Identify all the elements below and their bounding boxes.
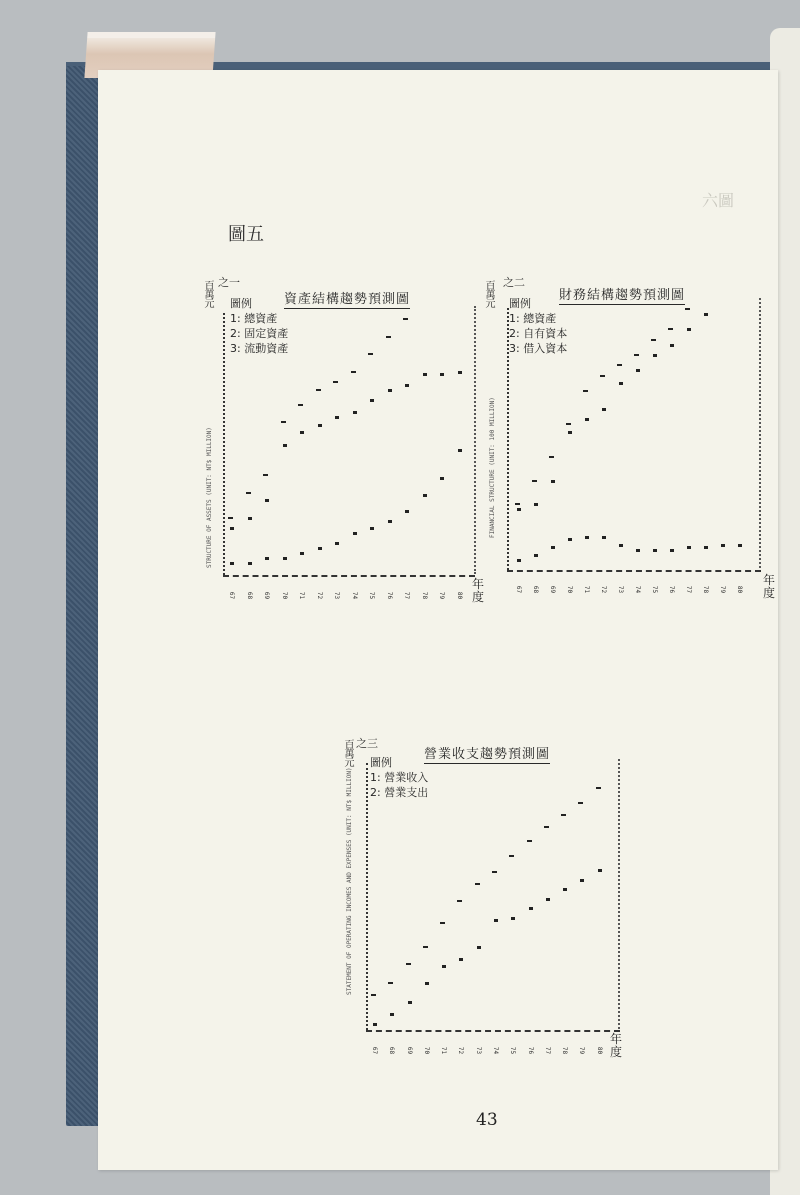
x-tick-label: 76 <box>386 592 393 599</box>
x-tick-label: 76 <box>668 586 675 593</box>
data-point <box>598 869 602 872</box>
x-tick-label: 72 <box>458 1047 465 1054</box>
data-point <box>619 544 623 547</box>
data-point <box>458 449 462 452</box>
x-tick-label: 78 <box>421 592 428 599</box>
data-point <box>617 364 622 366</box>
x-tick-label: 69 <box>406 1047 413 1054</box>
x-tick-label: 74 <box>634 586 641 593</box>
x-tick-label: 69 <box>263 592 270 599</box>
chart-financial-structure: 百萬元 之二 財務結構趨勢預測圖 圖例 1: 總資產 2: 自有資本 3: 借入… <box>481 268 781 608</box>
data-point <box>353 532 357 535</box>
data-point <box>636 549 640 552</box>
data-point <box>546 898 550 901</box>
data-point <box>388 520 392 523</box>
x-axis-unit: 年度 <box>610 1033 622 1059</box>
data-point <box>368 353 373 355</box>
data-point <box>318 547 322 550</box>
data-point <box>248 562 252 565</box>
data-point <box>563 888 567 891</box>
x-tick-label: 72 <box>316 592 323 599</box>
data-point <box>300 552 304 555</box>
x-tick-label: 74 <box>351 592 358 599</box>
x-tick-label: 67 <box>371 1047 378 1054</box>
data-point <box>600 375 605 377</box>
data-point <box>527 840 532 842</box>
data-point <box>551 546 555 549</box>
data-point <box>425 982 429 985</box>
x-tick-label: 80 <box>596 1047 603 1054</box>
data-point <box>442 965 446 968</box>
data-point <box>440 373 444 376</box>
x-tick-label: 67 <box>515 586 522 593</box>
x-tick-label: 68 <box>388 1047 395 1054</box>
x-tick-label: 73 <box>475 1047 482 1054</box>
data-point <box>353 411 357 414</box>
data-point <box>335 542 339 545</box>
figure-label: 圖五 <box>228 220 264 246</box>
x-tick-label: 74 <box>492 1047 499 1054</box>
data-point <box>283 444 287 447</box>
x-tick-label: 78 <box>561 1047 568 1054</box>
data-point <box>246 492 251 494</box>
data-point <box>517 508 521 511</box>
x-tick-label: 71 <box>440 1047 447 1054</box>
data-point <box>517 559 521 562</box>
data-point <box>578 802 583 804</box>
data-point <box>566 423 571 425</box>
data-point <box>670 549 674 552</box>
data-point <box>568 538 572 541</box>
x-tick-label: 70 <box>566 586 573 593</box>
data-point <box>634 354 639 356</box>
data-point <box>371 994 376 996</box>
x-tick-label: 71 <box>298 592 305 599</box>
chart-asset-structure: 百萬元 之一 資產結構趨勢預測圖 圖例 1: 總資產 2: 固定資產 3: 流動… <box>198 268 488 608</box>
data-point <box>596 787 601 789</box>
x-tick-label: 72 <box>600 586 607 593</box>
data-point <box>457 900 462 902</box>
data-point <box>561 814 566 816</box>
data-point <box>265 499 269 502</box>
data-point <box>580 879 584 882</box>
book-page: 六圖 圖五 百萬元 之一 資產結構趨勢預測圖 圖例 1: 總資產 2: 固定資產… <box>98 70 778 1170</box>
data-point <box>668 328 673 330</box>
x-tick-label: 70 <box>423 1047 430 1054</box>
x-tick-label: 79 <box>719 586 726 593</box>
data-point <box>333 381 338 383</box>
x-axis-unit: 年度 <box>763 574 775 600</box>
data-point <box>477 946 481 949</box>
data-point <box>263 474 268 476</box>
data-point <box>585 536 589 539</box>
data-point <box>568 431 572 434</box>
data-point <box>386 336 391 338</box>
x-tick-label: 75 <box>509 1047 516 1054</box>
data-point <box>405 384 409 387</box>
data-point <box>534 503 538 506</box>
data-point <box>403 318 408 320</box>
data-point <box>423 946 428 948</box>
data-point <box>687 546 691 549</box>
data-point <box>370 527 374 530</box>
x-tick-label: 80 <box>736 586 743 593</box>
data-point <box>636 369 640 372</box>
data-point <box>423 373 427 376</box>
data-point <box>532 480 537 482</box>
x-tick-label: 77 <box>685 586 692 593</box>
page-number: 43 <box>476 1110 498 1130</box>
data-point <box>281 421 286 423</box>
x-tick-label: 75 <box>368 592 375 599</box>
data-point <box>351 371 356 373</box>
data-point <box>653 549 657 552</box>
data-point <box>298 404 303 406</box>
data-point <box>551 480 555 483</box>
data-point <box>511 917 515 920</box>
data-point <box>619 382 623 385</box>
data-point <box>583 390 588 392</box>
data-point <box>494 919 498 922</box>
data-point <box>492 871 497 873</box>
data-point <box>685 308 690 310</box>
data-point <box>475 883 480 885</box>
data-point <box>248 517 252 520</box>
x-tick-label: 79 <box>438 592 445 599</box>
data-point <box>534 554 538 557</box>
data-point <box>721 544 725 547</box>
data-point <box>408 1001 412 1004</box>
data-point <box>388 982 393 984</box>
x-tick-label: 77 <box>403 592 410 599</box>
data-point <box>459 958 463 961</box>
data-point <box>388 389 392 392</box>
data-point <box>300 431 304 434</box>
data-point <box>265 557 269 560</box>
data-point <box>602 536 606 539</box>
data-point <box>228 517 233 519</box>
data-point <box>602 408 606 411</box>
data-point <box>544 826 549 828</box>
data-point <box>316 389 321 391</box>
data-point <box>549 456 554 458</box>
x-tick-label: 77 <box>544 1047 551 1054</box>
data-point <box>283 557 287 560</box>
bleed-through-text: 六圖 <box>702 188 734 211</box>
data-point <box>370 399 374 402</box>
data-point <box>529 907 533 910</box>
x-tick-label: 70 <box>281 592 288 599</box>
data-point <box>509 855 514 857</box>
data-point <box>405 510 409 513</box>
data-point <box>687 328 691 331</box>
x-tick-label: 75 <box>651 586 658 593</box>
x-tick-label: 73 <box>617 586 624 593</box>
x-tick-label: 79 <box>579 1047 586 1054</box>
data-point <box>230 562 234 565</box>
data-point <box>670 344 674 347</box>
data-point <box>440 477 444 480</box>
x-tick-label: 67 <box>228 592 235 599</box>
data-point <box>704 313 708 316</box>
data-point <box>335 416 339 419</box>
data-point <box>651 339 656 341</box>
data-point <box>230 527 234 530</box>
x-tick-label: 71 <box>583 586 590 593</box>
data-point <box>390 1013 394 1016</box>
x-tick-label: 68 <box>246 592 253 599</box>
data-point <box>440 922 445 924</box>
x-tick-label: 76 <box>527 1047 534 1054</box>
x-tick-label: 73 <box>333 592 340 599</box>
data-point <box>704 546 708 549</box>
x-tick-label: 80 <box>456 592 463 599</box>
x-tick-label: 68 <box>532 586 539 593</box>
chart-operating-income-expense: 百萬元 之三 營業收支趨勢預測圖 圖例 1: 營業收入 2: 營業支出 STAT… <box>338 735 638 1075</box>
data-point <box>585 418 589 421</box>
data-point <box>653 354 657 357</box>
data-point <box>406 963 411 965</box>
data-point <box>738 544 742 547</box>
data-point <box>515 503 520 505</box>
data-point <box>373 1023 377 1026</box>
data-point <box>423 494 427 497</box>
data-point <box>318 424 322 427</box>
x-tick-label: 69 <box>549 586 556 593</box>
data-point <box>458 371 462 374</box>
x-tick-label: 78 <box>702 586 709 593</box>
